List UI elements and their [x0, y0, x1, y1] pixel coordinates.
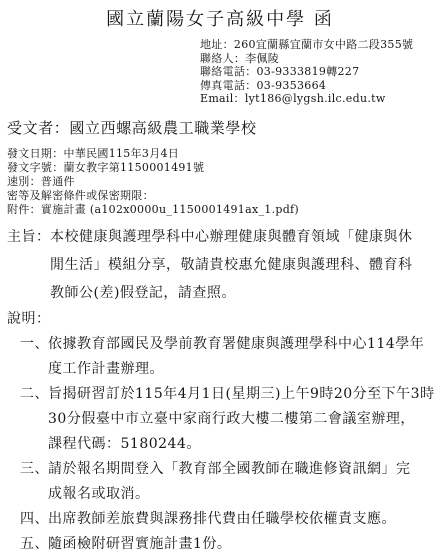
explanation-item-2: 二、 旨揭研習訂於115年4月1日(星期三)上午9時20分至下午3時 30分假臺…: [7, 382, 433, 457]
item-text-line: 隨函檢附研習實施計畫1份。: [48, 532, 433, 557]
explanation-item-1: 一、 依據教育部國民及學前教育署健康與護理學科中心114學年 度工作計畫辦理。: [7, 332, 433, 382]
explanation-section: 說明： 一、 依據教育部國民及學前教育署健康與護理學科中心114學年 度工作計畫…: [7, 307, 433, 557]
document-title: 國立蘭陽女子高級中學 函: [7, 8, 433, 32]
item-text-line: 旨揭研習訂於115年4月1日(星期三)上午9時20分至下午3時: [48, 382, 435, 407]
item-number: 四、: [20, 507, 48, 532]
item-text: 旨揭研習訂於115年4月1日(星期三)上午9時20分至下午3時 30分假臺中市立…: [48, 382, 435, 457]
issue-date-line: 發文日期：中華民國115年3月4日: [7, 147, 433, 161]
item-number: 一、: [20, 332, 48, 382]
doc-number-line: 發文字號：蘭女教字第1150001491號: [7, 161, 433, 175]
contact-phone: 聯絡電話：03-9333819轉227: [200, 65, 433, 79]
subject-text-line: 教師公(差)假登記，請查照。: [50, 279, 413, 307]
item-text: 請於報名期間登入「教育部全國教師在職進修資訊網」完 成報名或取消。: [48, 457, 433, 507]
item-number: 二、: [20, 382, 48, 457]
item-text-line: 度工作計畫辦理。: [48, 357, 433, 382]
contact-email: Email：lyt186@lygsh.ilc.edu.tw: [200, 92, 433, 106]
document-meta-block: 發文日期：中華民國115年3月4日 發文字號：蘭女教字第1150001491號 …: [7, 147, 433, 217]
subject-text: 本校健康與護理學科中心辦理健康與體育領域「健康與休 閒生活」模組分享，敬請貴校惠…: [50, 223, 413, 307]
sender-contact-block: 地址：260宜蘭縣宜蘭市女中路二段355號 聯絡人：李佩陵 聯絡電話：03-93…: [200, 38, 433, 106]
official-letter-page: 國立蘭陽女子高級中學 函 地址：260宜蘭縣宜蘭市女中路二段355號 聯絡人：李…: [0, 0, 440, 558]
item-text-line: 課程代碼：5180244。: [48, 432, 435, 457]
item-text-line: 依據教育部國民及學前教育署健康與護理學科中心114學年: [48, 332, 433, 357]
explanation-item-5: 五、 隨函檢附研習實施計畫1份。: [7, 532, 433, 557]
subject-section: 主旨： 本校健康與護理學科中心辦理健康與體育領域「健康與休 閒生活」模組分享，敬…: [7, 223, 433, 307]
explanation-item-4: 四、 出席教師差旅費與課務排代費由任職學校依權責支應。: [7, 507, 433, 532]
item-text-line: 成報名或取消。: [48, 482, 433, 507]
item-text: 出席教師差旅費與課務排代費由任職學校依權責支應。: [48, 507, 433, 532]
contact-person: 聯絡人：李佩陵: [200, 52, 433, 66]
explanation-item-3: 三、 請於報名期間登入「教育部全國教師在職進修資訊網」完 成報名或取消。: [7, 457, 433, 507]
subject-text-line: 本校健康與護理學科中心辦理健康與體育領域「健康與休: [50, 223, 413, 251]
item-text-line: 請於報名期間登入「教育部全國教師在職進修資訊網」完: [48, 457, 433, 482]
explanation-label: 說明：: [7, 307, 433, 332]
contact-address: 地址：260宜蘭縣宜蘭市女中路二段355號: [200, 38, 433, 52]
priority-line: 速別：普通件: [7, 175, 433, 189]
item-text-line: 30分假臺中市立臺中家商行政大樓二樓第二會議室辦理，: [48, 407, 435, 432]
security-line: 密等及解密條件或保密期限：: [7, 189, 433, 203]
subject-text-line: 閒生活」模組分享，敬請貴校惠允健康與護理科、體育科: [50, 251, 413, 279]
subject-label: 主旨：: [7, 223, 50, 307]
item-number: 三、: [20, 457, 48, 507]
recipient-line: 受文者：國立西螺高級農工職業學校: [7, 118, 433, 138]
item-text: 隨函檢附研習實施計畫1份。: [48, 532, 433, 557]
item-text-line: 出席教師差旅費與課務排代費由任職學校依權責支應。: [48, 507, 433, 532]
contact-fax: 傳真電話：03-9353664: [200, 79, 433, 93]
item-number: 五、: [20, 532, 48, 557]
item-text: 依據教育部國民及學前教育署健康與護理學科中心114學年 度工作計畫辦理。: [48, 332, 433, 382]
attachment-line: 附件：實施計畫 (a102x0000u_1150001491ax_1.pdf): [7, 203, 433, 217]
